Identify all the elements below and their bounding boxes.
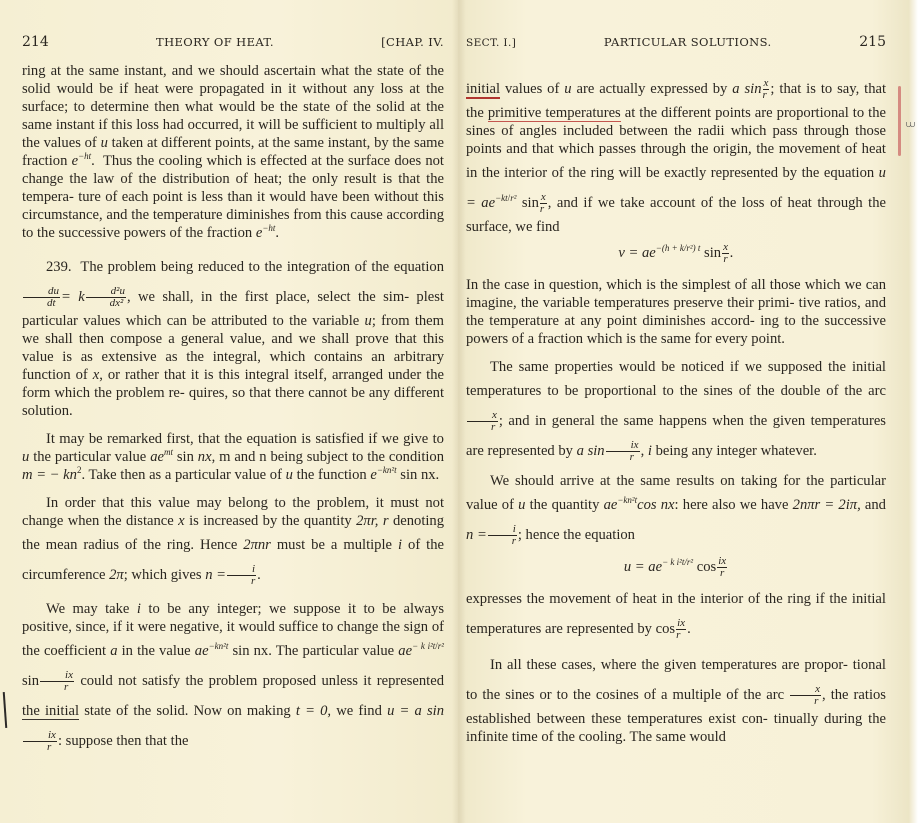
book-spread: 214 THEORY OF HEAT. [CHAP. IV. ring at t… [0,0,918,823]
paragraph-239: 239. The problem being reduced to the in… [22,252,444,420]
pen-margin-mark [3,692,8,728]
fraction-ix-r: ixr [40,670,74,693]
page-body-left: ring at the same instant, and we should … [22,62,444,756]
paragraph-integer: We may take i to be any integer; we supp… [22,600,444,756]
fraction-ix-r: ixr [23,730,57,753]
chapter-label: [CHAP. IV. [381,35,444,49]
paragraph-same-results: We should arrive at the same results on … [466,472,886,550]
fraction-x-r: xr [540,192,547,215]
equation-v: v = ae−(h + k/r²) t sinxr. [466,236,886,270]
page-number: 214 [22,34,49,50]
page-header-right: SECT. I.] PARTICULAR SOLUTIONS. 215 [466,34,886,50]
page-number: 215 [859,34,886,50]
page-215: SECT. I.] PARTICULAR SOLUTIONS. 215 init… [458,0,918,823]
red-underline-primitive-temperatures: primitive temperatures [488,105,621,122]
page-214: 214 THEORY OF HEAT. [CHAP. IV. ring at t… [0,0,458,823]
paragraph-same-properties: The same properties would be noticed if … [466,358,886,466]
paragraph-case: In the case in question, which is the si… [466,276,886,348]
running-title: PARTICULAR SOLUTIONS. [604,35,772,49]
fraction-i-r: ir [227,564,256,587]
paragraph-all-cases: In all these cases, where the given temp… [466,650,886,746]
paragraph-expresses: expresses the movement of heat in the in… [466,584,886,644]
red-pencil-margin-mark [898,86,901,156]
equation-u-cos: u = ae− k i²t/r² cosixr [466,550,886,584]
section-label: SECT. I.] [466,37,516,49]
fraction-d2u-dx2: d²udx² [86,286,126,309]
article-number: 239. [46,259,72,275]
paragraph-continuation: ring at the same instant, and we should … [22,62,444,242]
running-title: THEORY OF HEAT. [156,35,274,49]
red-underline-initial: initial [466,81,500,99]
page-header-left: 214 THEORY OF HEAT. [CHAP. IV. [22,34,444,50]
fraction-x-r: xr [763,78,770,101]
page-body-right: initial values of u are actually express… [466,74,886,746]
margin-scribble: ⩊ [906,120,915,130]
paragraph-order: In order that this value may belong to t… [22,494,444,590]
paragraph-continuation: initial values of u are actually express… [466,74,886,236]
pen-underline-the-initial: the initial [22,703,79,720]
paragraph-remark: It may be remarked first, that the equat… [22,430,444,484]
fraction-du-dt: dudt [23,286,60,309]
